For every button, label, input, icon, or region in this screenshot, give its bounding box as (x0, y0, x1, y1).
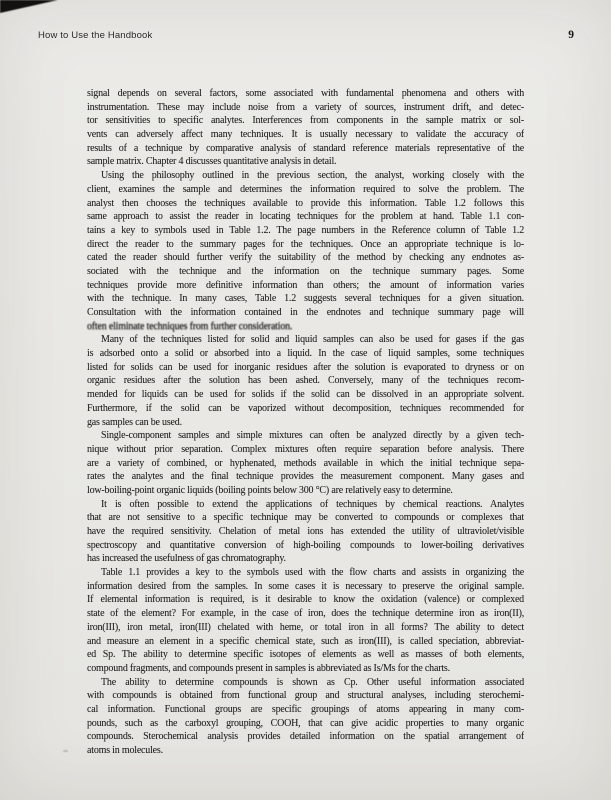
running-header-title: How to Use the Handbook (38, 30, 152, 41)
scan-corner-artifact (0, 0, 58, 13)
text-line: have the required sensitivity. Chelation… (87, 525, 524, 539)
text-line: atoms in molecules. (87, 744, 524, 758)
text-line: and measure an element in a specific che… (87, 635, 524, 649)
text-line: spectroscopy and quantitative conversion… (87, 539, 524, 553)
text-line: are a variety of combined, or hyphenated… (87, 457, 524, 471)
text-line: nique without prior separation. Complex … (87, 443, 524, 457)
body-text: signal depends on several factors, some … (87, 87, 524, 758)
text-line: is adsorbed onto a solid or absorbed int… (87, 347, 524, 361)
paragraph: The ability to determine compounds is sh… (87, 676, 524, 758)
text-line: cal information. Functional groups are s… (87, 703, 524, 717)
paragraph: Using the philosophy outlined in the pre… (87, 169, 524, 333)
text-line: gas samples can be used. (87, 416, 524, 430)
text-line: often eliminate techniques from further … (87, 320, 524, 334)
text-line: Many of the techniques listed for solid … (87, 333, 524, 347)
text-line: analyst then chooses the techniques avai… (87, 197, 524, 211)
text-line: ed Sp. The ability to determine specific… (87, 648, 524, 662)
text-line: organic residues after the solution has … (87, 374, 524, 388)
text-line: that are not sensitive to a specific tec… (87, 511, 524, 525)
text-line: compound fragments, and compounds presen… (87, 662, 524, 676)
text-line: cated the reader should further verify t… (87, 251, 524, 265)
scanned-book-page: How to Use the Handbook 9 signal depends… (0, 0, 611, 800)
text-line: same approach to assist the reader in lo… (87, 210, 524, 224)
running-header: How to Use the Handbook 9 (38, 29, 574, 41)
text-line: with the technique. In many cases, Table… (87, 292, 524, 306)
text-line: Furthermore, if the solid can be vaporiz… (87, 402, 524, 416)
text-line: Single-component samples and simple mixt… (87, 429, 524, 443)
paragraph: It is often possible to extend the appli… (87, 498, 524, 566)
text-line: Consultation with the information contai… (87, 306, 524, 320)
text-line: rates the analytes and the final techniq… (87, 470, 524, 484)
text-line: tor sensitivities to specific analytes. … (87, 114, 524, 128)
text-line: pounds, such as the carboxyl grouping, C… (87, 717, 524, 731)
text-line: iron(III), iron metal, iron(III) chelate… (87, 621, 524, 635)
text-line: results of a technique by comparative an… (87, 142, 524, 156)
paragraph: signal depends on several factors, some … (87, 87, 524, 169)
text-line: state of the element? For example, in th… (87, 607, 524, 621)
text-line: direct the reader to the summary pages f… (87, 238, 524, 252)
text-line: low-boiling-point organic liquids (boili… (87, 484, 524, 498)
text-line: techniques provide more definitive infor… (87, 279, 524, 293)
text-line: mended for liquids can be used for solid… (87, 388, 524, 402)
text-line: sociated with the technique and the info… (87, 265, 524, 279)
paragraph: Many of the techniques listed for solid … (87, 333, 524, 429)
text-line: with compounds is obtained from function… (87, 689, 524, 703)
text-line: has increased the usefulness of gas chro… (87, 552, 524, 566)
text-line: sample matrix. Chapter 4 discusses quant… (87, 155, 524, 169)
text-line: compounds. Sterochemical analysis provid… (87, 730, 524, 744)
paragraph: Single-component samples and simple mixt… (87, 429, 524, 497)
text-line: If elemental information is required, is… (87, 593, 524, 607)
scan-speck-artifact (63, 750, 68, 752)
text-line: instrumentation. These may include noise… (87, 101, 524, 115)
text-line: information desired from the samples. In… (87, 580, 524, 594)
text-line: signal depends on several factors, some … (87, 87, 524, 101)
text-line: client, examines the sample and determin… (87, 183, 524, 197)
page-number: 9 (568, 29, 574, 41)
paragraph: Table 1.1 provides a key to the symbols … (87, 566, 524, 676)
text-line: The ability to determine compounds is sh… (87, 676, 524, 690)
text-line: Table 1.1 provides a key to the symbols … (87, 566, 524, 580)
text-line: listed for solids can be used for inorga… (87, 361, 524, 375)
text-line: It is often possible to extend the appli… (87, 498, 524, 512)
text-line: Using the philosophy outlined in the pre… (87, 169, 524, 183)
text-line: vents can adversely affect many techniqu… (87, 128, 524, 142)
text-line: tains a key to symbols used in Table 1.2… (87, 224, 524, 238)
